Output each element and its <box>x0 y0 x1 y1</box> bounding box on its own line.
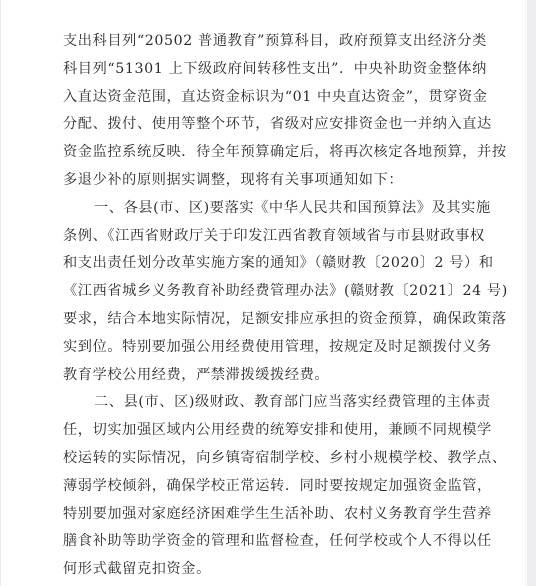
text-line: 校运转的实际情况，向乡镇寄宿制学校、乡村小规模学校、教学点、 <box>63 445 473 473</box>
paragraph-two-start: 二、县(市、区)级财政、教育部门应当落实经费管理的主体责 <box>63 389 473 417</box>
text-line: 支出科目列“20502 普通教育”预算科目，政府预算支出经济分类 <box>63 28 473 56</box>
text-line: 教育学校公用经费，严禁滞拨缓拨经费。 <box>63 362 473 390</box>
document-body: 支出科目列“20502 普通教育”预算科目，政府预算支出经济分类 科目列“513… <box>63 28 473 584</box>
text-line: 任，切实加强区域内公用经费的统筹安排和使用，兼顾不同规模学 <box>63 417 473 445</box>
text-line: 入直达资金范围，直达资金标识为“01 中央直达资金”，贯穿资金 <box>63 84 473 112</box>
text-line: 分配、拨付、使用等整个环节，省级对应安排资金也一并纳入直达 <box>63 111 473 139</box>
paragraph-one-start: 一、各县(市、区)要落实《中华人民共和国预算法》及其实施 <box>63 195 473 223</box>
text-line: 《江西省城乡义务教育补助经费管理办法》(赣财教〔2021〕24 号) <box>63 278 473 306</box>
text-line: 实到位。特别要加强公用经费使用管理，按规定及时足额拨付义务 <box>63 334 473 362</box>
text-line: 薄弱学校倾斜，确保学校正常运转．同时要按规定加强资金监管， <box>63 473 473 501</box>
text-line: 资金监控系统反映．待全年预算确定后，将再次核定各地预算，并按 <box>63 139 473 167</box>
text-line: 条例、《江西省财政厅关于印发江西省教育领域省与市县财政事权 <box>63 223 473 251</box>
text-line: 和支出责任划分改革实施方案的通知》（赣财教〔2020〕2 号）和 <box>63 250 473 278</box>
text-line: 科目列“51301 上下级政府间转移性支出”．中央补助资金整体纳 <box>63 56 473 84</box>
text-line: 特别要加强对家庭经济困难学生生活补助、农村义务教育学生营养 <box>63 501 473 529</box>
page-right-divider <box>525 0 526 586</box>
text-line: 膳食补助等助学资金的管理和监督检查，任何学校或个人不得以任 <box>63 528 473 556</box>
page-left-edge <box>0 0 1 586</box>
text-line: 何形式截留克扣资金。 <box>63 556 473 584</box>
text-line: 要求，结合本地实际情况，足额安排应承担的资金预算，确保政策落 <box>63 306 473 334</box>
document-page: 支出科目列“20502 普通教育”预算科目，政府预算支出经济分类 科目列“513… <box>0 0 536 586</box>
page-right-margin-strip <box>527 0 536 586</box>
text-line: 多退少补的原则据实调整，现将有关事项通知如下： <box>63 167 473 195</box>
